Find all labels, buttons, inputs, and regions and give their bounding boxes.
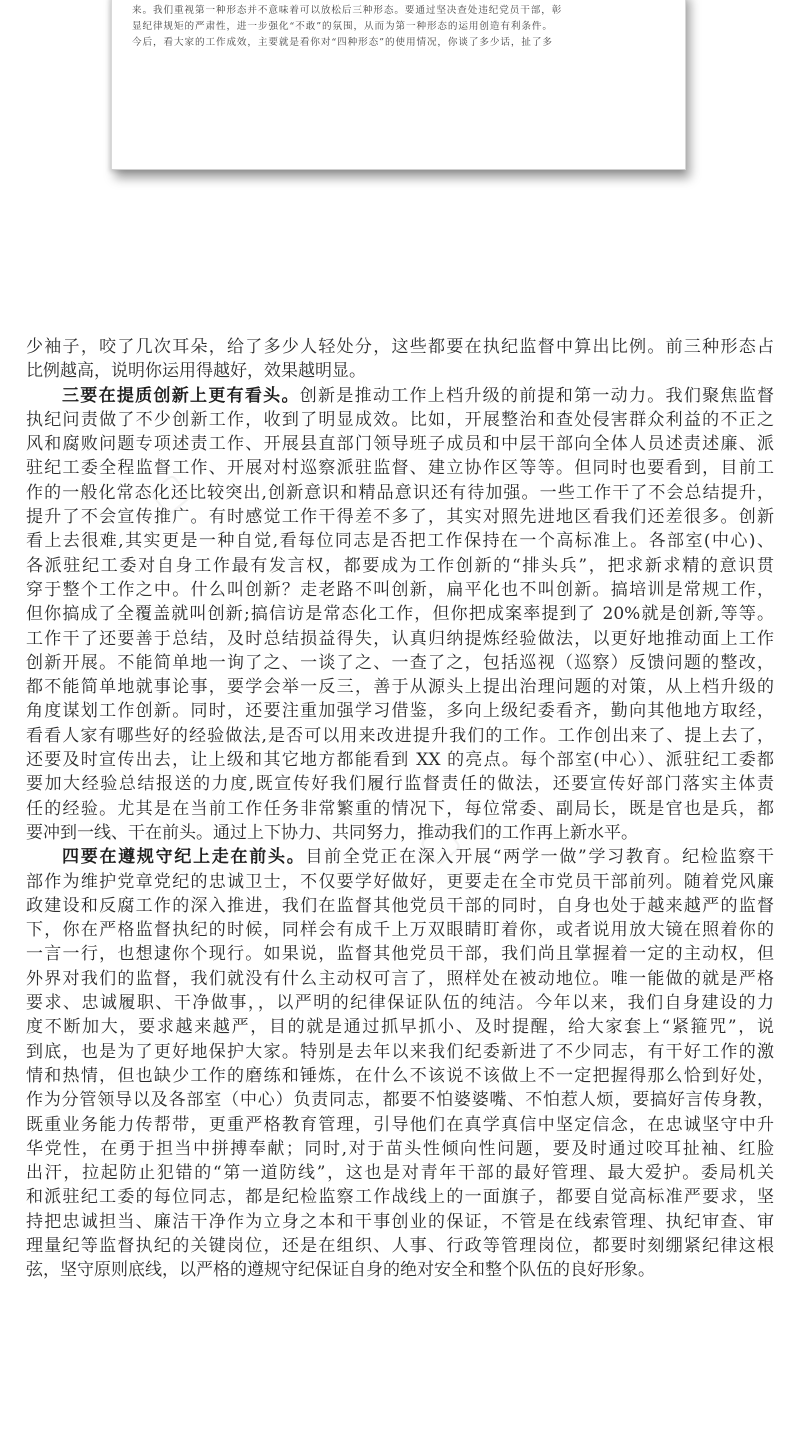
body-line: 少袖子，咬了几次耳朵，给了多少人轻处分，这些都要在执纪监督中算出比例。前三种形态… bbox=[26, 335, 774, 359]
body-line: 既重业务能力传帮带，更重严格教育管理，引导他们在真学真信中坚定信念，在忠诚坚守中… bbox=[26, 1113, 774, 1137]
preview-card-text: 来。我们重视第一种形态并不意味着可以放松后三种形态。要通过坚决查处违纪党员干部，… bbox=[132, 3, 664, 51]
body-line: 要求、忠诚履职、干净做事，，以严明的纪律保证队伍的纯洁。今年以来，我们自身建设的… bbox=[26, 991, 774, 1015]
body-line: 穿于整个工作之中。什么叫创新？走老路不叫创新，扁平化也不叫创新。搞培训是常规工作… bbox=[26, 578, 774, 602]
body-line: 风和腐败问题专项述责工作、开展县直部门领导班子成员和中层干部向全体人员述责述廉、… bbox=[26, 432, 774, 456]
body-line: 作的一般化常态化还比较突出,创新意识和精品意识还有待加强。一些工作干了不会总结提… bbox=[26, 481, 774, 505]
section-heading-line: 四要在遵规守纪上走在前头。目前全党正在深入开展“两学一做”学习教育。纪检监察干 bbox=[26, 845, 774, 869]
body-line: 到底，也是为了更好地保护大家。特别是去年以来我们纪委新进了不少同志，有干好工作的… bbox=[26, 1040, 774, 1064]
document-body: 少袖子，咬了几次耳朵，给了多少人轻处分，这些都要在执纪监督中算出比例。前三种形态… bbox=[26, 335, 774, 1283]
body-line: 政建设和反腐工作的深入推进，我们在监督其他党员干部的同时，自身也处于越来越严的监… bbox=[26, 894, 774, 918]
body-line: 度不断加大，要求越来越严，目的就是通过抓早抓小、及时提醒，给大家套上“紧箍咒”，… bbox=[26, 1015, 774, 1039]
body-line: 都不能简单地就事论事，要学会举一反三，善于从源头上提出治理问题的对策，从上档升级… bbox=[26, 675, 774, 699]
body-line: 工作干了还要善于总结，及时总结损益得失，认真归纳提炼经验做法，以更好地推动面上工… bbox=[26, 627, 774, 651]
body-line: 出汗，拉起防止犯错的“第一道防线”，这也是对青年干部的最好管理、最大爱护。委局机… bbox=[26, 1161, 774, 1185]
body-line: 一言一行，也想逮你个现行。如果说，监督其他党员干部，我们尚且掌握着一定的主动权，… bbox=[26, 942, 774, 966]
body-line: 角度谋划工作创新。同时，还要注重加强学习借鉴，多向上级纪委看齐，勤向其他地方取经… bbox=[26, 699, 774, 723]
body-line: 作为分管领导以及各部室（中心）负责同志，都要不怕婆婆嘴、不怕惹人烦，要搞好言传身… bbox=[26, 1088, 774, 1112]
section-heading-line: 三要在提质创新上更有看头。创新是推动工作上档升级的前提和第一动力。我们聚焦监督 bbox=[26, 384, 774, 408]
body-line: 弦，坚守原则底线，以严格的遵规守纪保证自身的绝对安全和整个队伍的良好形象。 bbox=[26, 1258, 774, 1282]
body-line: 任的经验。尤其是在当前工作任务非常繁重的情况下，每位常委、副局长，既是官也是兵，… bbox=[26, 797, 774, 821]
body-line: 看上去很难,其实更是一种自觉,看每位同志是否把工作保持在一个高标准上。各部室(中… bbox=[26, 529, 774, 553]
section-heading: 四要在遵规守纪上走在前头。 bbox=[62, 847, 305, 867]
body-line: 要冲到一线、干在前头。通过上下协力、共同努力，推动我们的工作再上新水平。 bbox=[26, 821, 774, 845]
body-line: 看看人家有哪些好的经验做法,是否可以用来改进提升我们的工作。工作创出来了、提上去… bbox=[26, 724, 774, 748]
body-line: 比例越高，说明你运用得越好，效果越明显。 bbox=[26, 359, 774, 383]
body-text: 创新是推动工作上档升级的前提和第一动力。我们聚焦监督 bbox=[300, 386, 774, 406]
body-line: 情和热情，但也缺少工作的磨练和锤炼，在什么不该说不该做上不一定把握得那么恰到好处… bbox=[26, 1064, 774, 1088]
preview-line: 来。我们重视第一种形态并不意味着可以放松后三种形态。要通过坚决查处违纪党员干部，… bbox=[132, 3, 664, 19]
body-line: 下，你在严格监督执纪的时候，同样会有成千上万双眼睛盯着你，或者说用放大镜在照着你… bbox=[26, 918, 774, 942]
body-line: 各派驻纪工委对自身工作最有发言权，都要成为工作创新的“排头兵”，把求新求精的意识… bbox=[26, 554, 774, 578]
body-line: 提升了不会宣传推广。有时感觉工作干得差不多了，其实对照先进地区看我们还差很多。创… bbox=[26, 505, 774, 529]
body-text: 目前全党正在深入开展“两学一做”学习教育。纪检监察干 bbox=[305, 847, 774, 867]
body-line: 持把忠诚担当、廉洁干净作为立身之本和干事创业的保证，不管是在线索管理、执纪审查、… bbox=[26, 1210, 774, 1234]
body-line: 和派驻纪工委的每位同志，都是纪检监察工作战线上的一面旗子，都要自觉高标准严要求，… bbox=[26, 1185, 774, 1209]
body-line: 理量纪等监督执纪的关键岗位，还是在组织、人事、行政等管理岗位，都要时刻绷紧纪律这… bbox=[26, 1234, 774, 1258]
body-line: 但你搞成了全覆盖就叫创新;搞信访是常态化工作，但你把成案率提到了 20%就是创新… bbox=[26, 602, 774, 626]
body-line: 部作为维护党章党纪的忠诚卫士，不仅要学好做好，更要走在全市党员干部前列。随着党风… bbox=[26, 870, 774, 894]
body-line: 华党性，在勇于担当中拼搏奉献；同时,对于苗头性倾向性问题，要及时通过咬耳扯袖、红… bbox=[26, 1137, 774, 1161]
preview-line: 显纪律规矩的严肃性，进一步强化“不敢”的氛围，从而为第一种形态的运用创造有利条件… bbox=[132, 19, 664, 35]
body-line: 还要及时宣传出去，让上级和其它地方都能看到 XX 的亮点。每个部室(中心）、派驻… bbox=[26, 748, 774, 772]
body-line: 驻纪工委全程监督工作、开展对村巡察派驻监督、建立协作区等等。但同时也要看到，目前… bbox=[26, 456, 774, 480]
preview-line: 今后，看大家的工作成效，主要就是看你对“四种形态”的使用情况，你谈了多少话，扯了… bbox=[132, 35, 664, 51]
section-heading: 三要在提质创新上更有看头。 bbox=[62, 386, 300, 406]
body-line: 创新开展。不能简单地一询了之、一谈了之、一查了之，包括巡视（巡察）反馈问题的整改… bbox=[26, 651, 774, 675]
document-preview-card: 来。我们重视第一种形态并不意味着可以放松后三种形态。要通过坚决查处违纪党员干部，… bbox=[111, 0, 686, 170]
body-line: 要加大经验总结报送的力度,既宣传好我们履行监督责任的做法，还要宣传好部门落实主体… bbox=[26, 772, 774, 796]
body-line: 执纪问责做了不少创新工作，收到了明显成效。比如，开展整治和查处侵害群众利益的不正… bbox=[26, 408, 774, 432]
body-line: 外界对我们的监督，我们就没有什么主动权可言了，照样处在被动地位。唯一能做的就是严… bbox=[26, 967, 774, 991]
